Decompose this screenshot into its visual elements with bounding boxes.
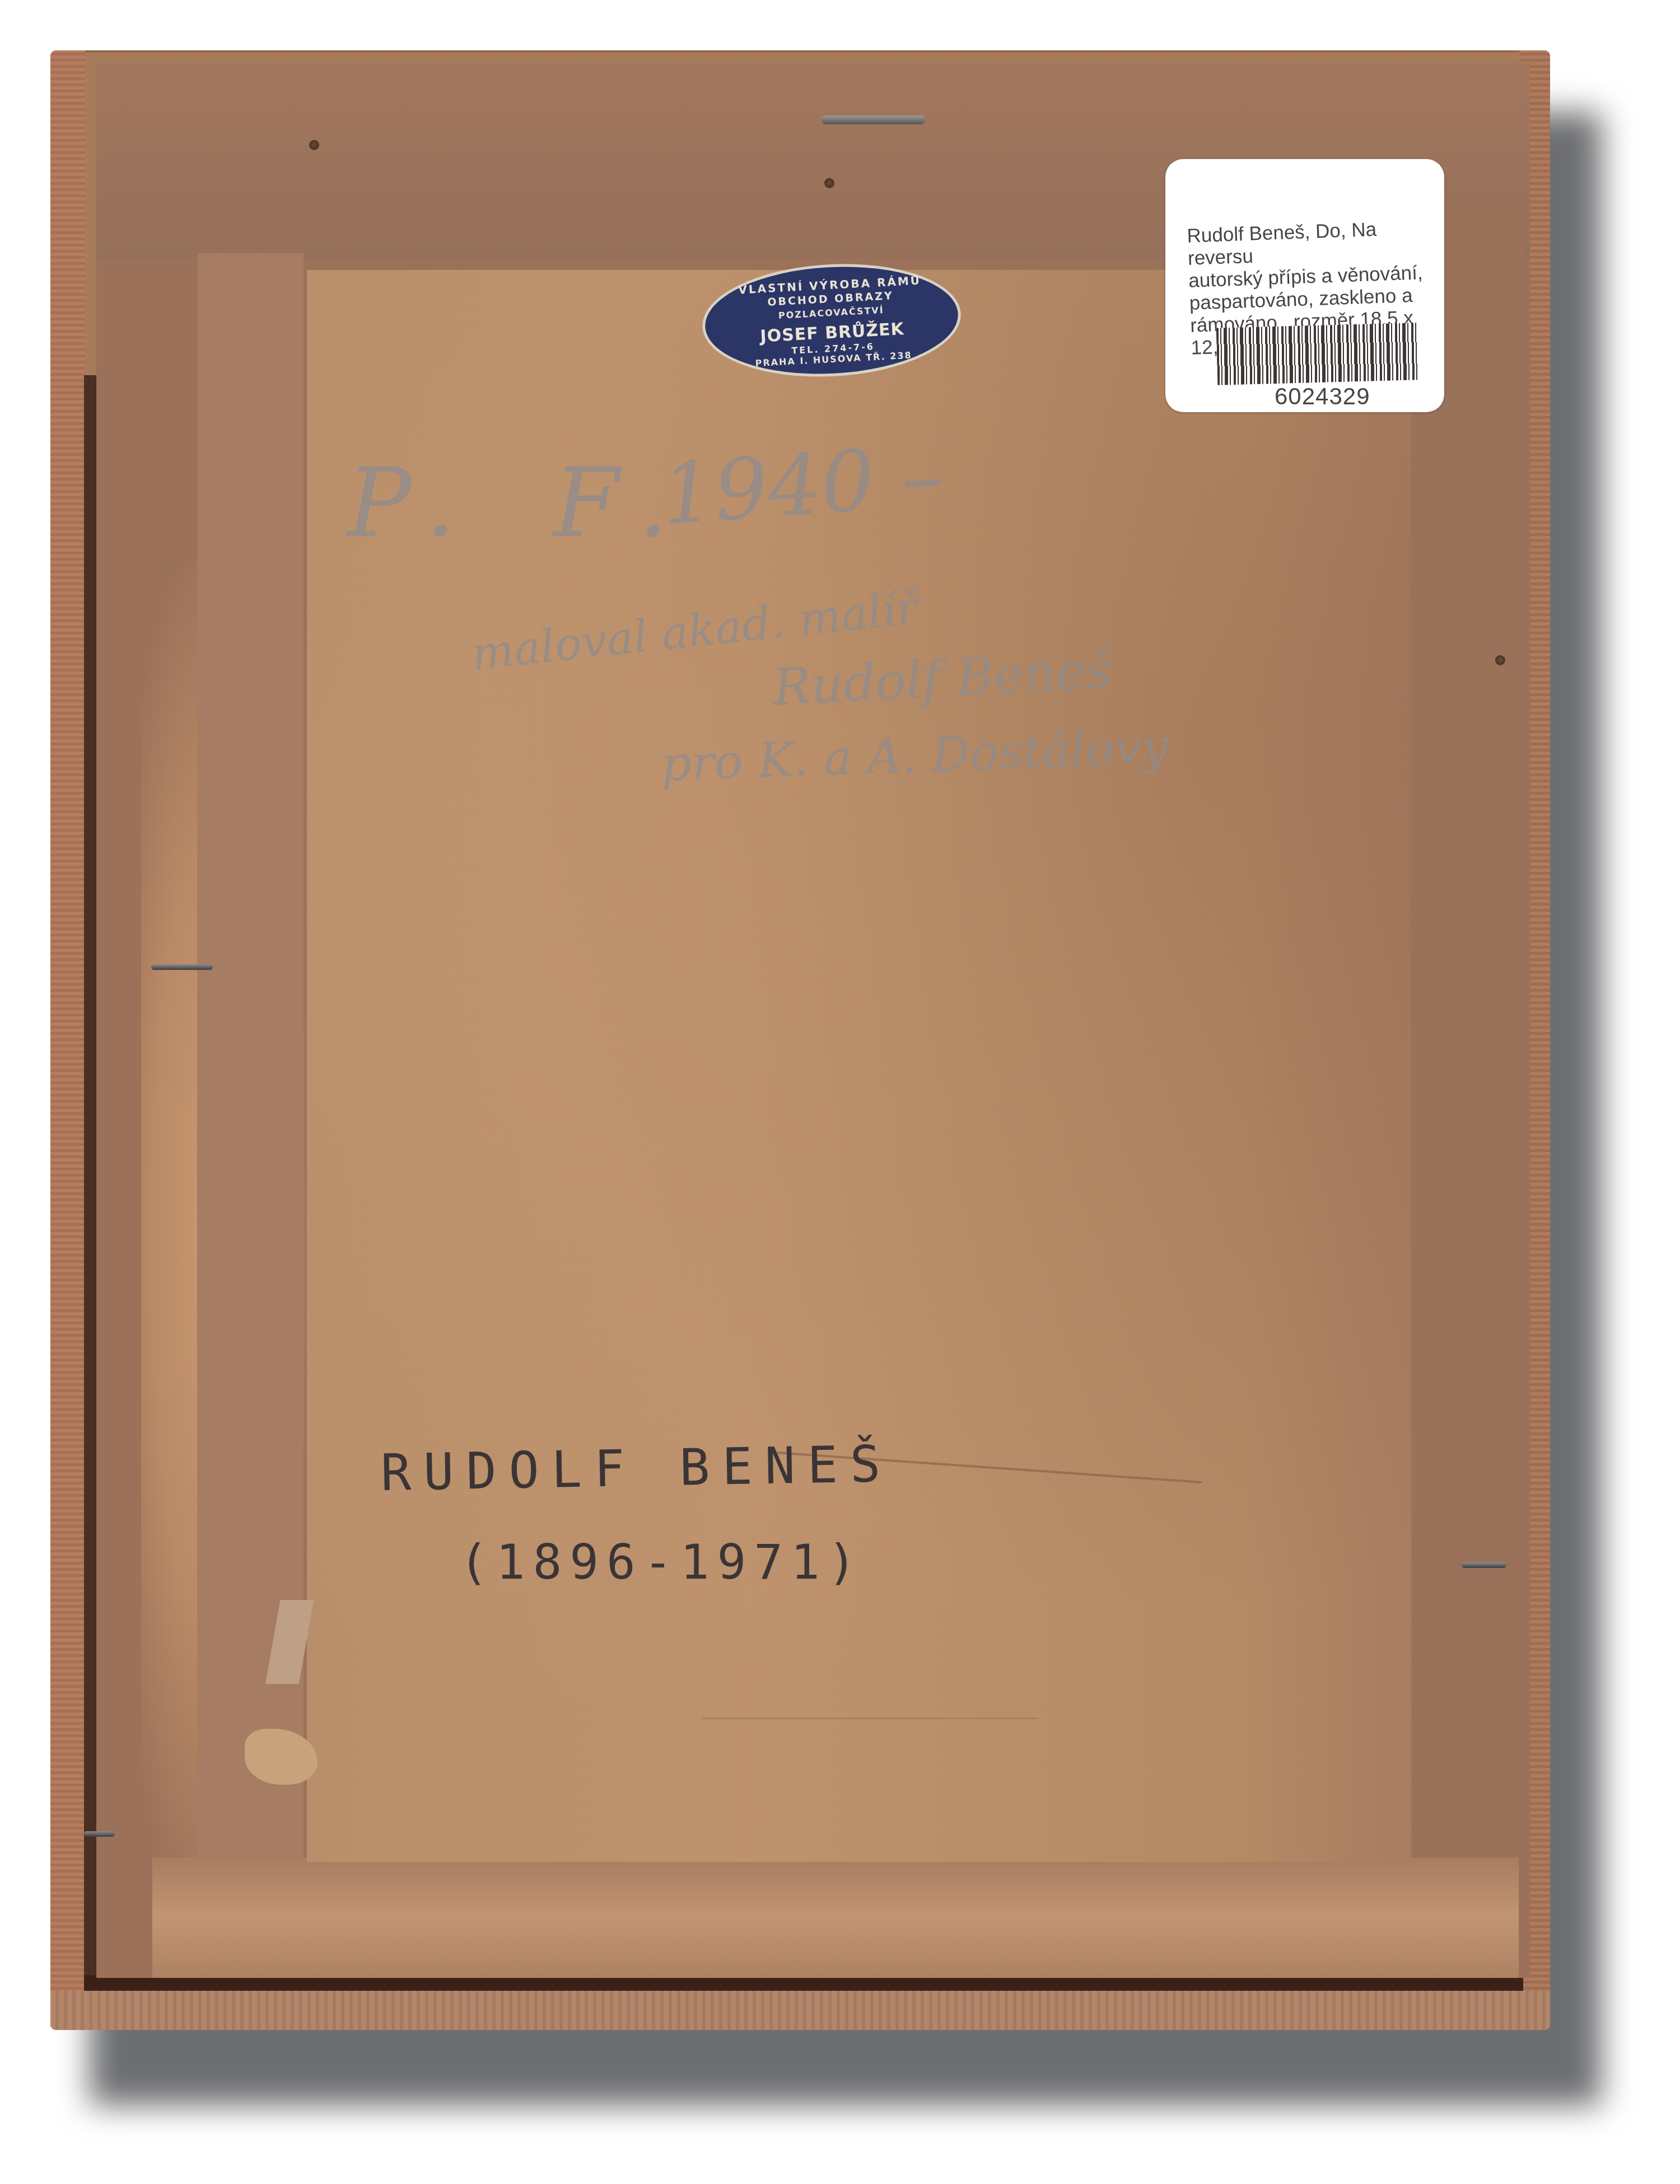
tape-strip-bottom	[152, 1858, 1519, 1978]
nail-icon	[1462, 1562, 1506, 1568]
catalog-label: Rudolf Beneš, Do, Na reversu autorský př…	[1165, 159, 1444, 412]
ink-artist-name: RUDOLF BENEŠ	[380, 1435, 893, 1502]
catalog-line: Rudolf Beneš, Do, Na reversu	[1187, 217, 1435, 270]
frame-edge-bottom	[50, 1991, 1550, 2030]
ink-artist-dates: (1896-1971)	[459, 1534, 865, 1590]
nail-icon	[84, 1831, 115, 1837]
frame-edge-left	[50, 50, 85, 2030]
frame-gap-left	[84, 375, 96, 1982]
screw-icon	[309, 140, 319, 150]
barcode-icon	[1216, 323, 1418, 385]
screw-icon	[1495, 655, 1505, 665]
screw-icon	[824, 178, 834, 188]
nail-icon	[151, 964, 213, 970]
barcode-number: 6024329	[1275, 383, 1370, 410]
pencil-pf: P. F.	[347, 448, 702, 559]
pencil-year: 1940 –	[658, 427, 946, 544]
hanging-wire-hook-icon	[822, 115, 925, 124]
scratch-line	[701, 1718, 1037, 1719]
